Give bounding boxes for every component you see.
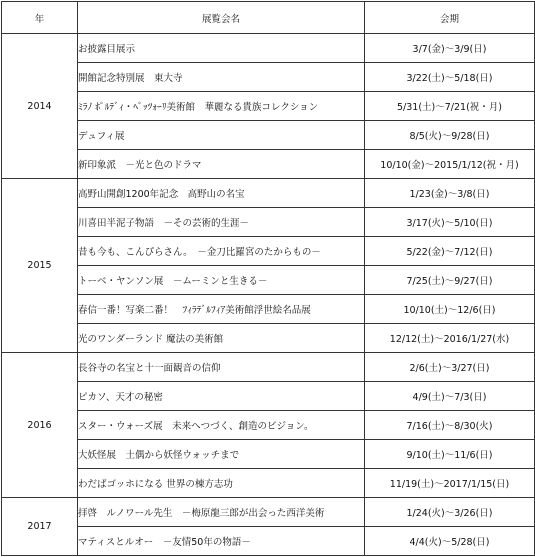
header-exhibition-name: 展覧会名 <box>78 2 365 34</box>
table-row: 大妖怪展 土偶から妖怪ウォッチまで 9/10(土)～11/6(日) <box>2 440 535 469</box>
exhibition-period: 5/31(土)～7/21(祝・月) <box>365 92 535 121</box>
exhibition-period: 3/17(火)～5/10(日) <box>365 208 535 237</box>
year-cell: 2015 <box>2 179 78 353</box>
table-row: 2017 拝啓 ルノワール先生 －梅原龍三郎が出会った西洋美術 1/24(火)～… <box>2 498 535 527</box>
table-row: スター・ウォーズ展 未来へつづく、創造のビジョン。 7/16(土)～8/30(火… <box>2 411 535 440</box>
exhibition-name: 昔も今も、こんぴらさん。 －金刀比羅宮のたからもの－ <box>78 237 365 266</box>
exhibition-name: ピカソ、天才の秘密 <box>78 382 365 411</box>
table-row: 新印象派 －光と色のドラマ 10/10(金)～2015/1/12(祝・月) <box>2 150 535 179</box>
exhibition-name: デュフィ展 <box>78 121 365 150</box>
exhibition-period: 9/10(土)～11/6(日) <box>365 440 535 469</box>
exhibition-period: 1/23(金)～3/8(日) <box>365 179 535 208</box>
exhibition-period: 7/16(土)～8/30(火) <box>365 411 535 440</box>
exhibition-name: お披露目展示 <box>78 34 365 63</box>
exhibition-name: スター・ウォーズ展 未来へつづく、創造のビジョン。 <box>78 411 365 440</box>
year-cell: 2016 <box>2 353 78 498</box>
year-cell: 2014 <box>2 34 78 179</box>
table-row: マティスとルオー －友情50年の物語－ 4/4(火)～5/28(日) <box>2 527 535 556</box>
exhibition-period: 3/22(土)～5/18(日) <box>365 63 535 92</box>
table-row: 春信一番！写楽二番！ ﾌｨﾗﾃﾞﾙﾌｨｱ美術館浮世絵名品展 10/10(土)～1… <box>2 295 535 324</box>
table-row: ﾐﾗﾉ ﾎﾟﾙﾃﾞｨ・ﾍﾟｯﾂｫｰﾘ美術館 華麗なる貴族コレクション 5/31(… <box>2 92 535 121</box>
table-row: トーベ・ヤンソン展 －ムーミンと生きる－ 7/25(土)～9/27(日) <box>2 266 535 295</box>
exhibition-table: 年 展覧会名 会期 2014 お披露目展示 3/7(金)～3/9(日) 開館記念… <box>1 1 535 556</box>
exhibition-period: 11/19(土)～2017/1/15(日) <box>365 469 535 498</box>
exhibition-period: 8/5(火)～9/28(日) <box>365 121 535 150</box>
exhibition-name: わだばゴッホになる 世界の棟方志功 <box>78 469 365 498</box>
exhibition-name: マティスとルオー －友情50年の物語－ <box>78 527 365 556</box>
exhibition-period: 4/4(火)～5/28(日) <box>365 527 535 556</box>
table-row: 川喜田半泥子物語 －その芸術的生涯－ 3/17(火)～5/10(日) <box>2 208 535 237</box>
exhibition-period: 5/22(金)～7/12(日) <box>365 237 535 266</box>
exhibition-name: 拝啓 ルノワール先生 －梅原龍三郎が出会った西洋美術 <box>78 498 365 527</box>
exhibition-name: 高野山開創1200年記念 高野山の名宝 <box>78 179 365 208</box>
exhibition-period: 3/7(金)～3/9(日) <box>365 34 535 63</box>
exhibition-name: ﾐﾗﾉ ﾎﾟﾙﾃﾞｨ・ﾍﾟｯﾂｫｰﾘ美術館 華麗なる貴族コレクション <box>78 92 365 121</box>
exhibition-name: 長谷寺の名宝と十一面観音の信仰 <box>78 353 365 382</box>
header-period: 会期 <box>365 2 535 34</box>
table-row: 2015 高野山開創1200年記念 高野山の名宝 1/23(金)～3/8(日) <box>2 179 535 208</box>
exhibition-period: 4/9(土)～7/3(日) <box>365 382 535 411</box>
exhibition-name: 新印象派 －光と色のドラマ <box>78 150 365 179</box>
header-row: 年 展覧会名 会期 <box>2 2 535 34</box>
exhibition-name: 川喜田半泥子物語 －その芸術的生涯－ <box>78 208 365 237</box>
header-year: 年 <box>2 2 78 34</box>
year-cell: 2017 <box>2 498 78 556</box>
exhibition-period: 10/10(金)～2015/1/12(祝・月) <box>365 150 535 179</box>
table-row: デュフィ展 8/5(火)～9/28(日) <box>2 121 535 150</box>
exhibition-period: 2/6(土)～3/27(日) <box>365 353 535 382</box>
exhibition-name: 大妖怪展 土偶から妖怪ウォッチまで <box>78 440 365 469</box>
exhibition-period: 1/24(火)～3/26(日) <box>365 498 535 527</box>
exhibition-name: 光のワンダーランド 魔法の美術館 <box>78 324 365 353</box>
exhibition-period: 7/25(土)～9/27(日) <box>365 266 535 295</box>
exhibition-period: 10/10(土)～12/6(日) <box>365 295 535 324</box>
exhibition-name: トーベ・ヤンソン展 －ムーミンと生きる－ <box>78 266 365 295</box>
table-row: 開館記念特別展 東大寺 3/22(土)～5/18(日) <box>2 63 535 92</box>
table-row: 2014 お披露目展示 3/7(金)～3/9(日) <box>2 34 535 63</box>
exhibition-name: 春信一番！写楽二番！ ﾌｨﾗﾃﾞﾙﾌｨｱ美術館浮世絵名品展 <box>78 295 365 324</box>
exhibition-period: 12/12(土)～2016/1/27(水) <box>365 324 535 353</box>
table-row: わだばゴッホになる 世界の棟方志功 11/19(土)～2017/1/15(日) <box>2 469 535 498</box>
table-row: ピカソ、天才の秘密 4/9(土)～7/3(日) <box>2 382 535 411</box>
table-row: 2016 長谷寺の名宝と十一面観音の信仰 2/6(土)～3/27(日) <box>2 353 535 382</box>
exhibition-name: 開館記念特別展 東大寺 <box>78 63 365 92</box>
table-row: 光のワンダーランド 魔法の美術館 12/12(土)～2016/1/27(水) <box>2 324 535 353</box>
table-row: 昔も今も、こんぴらさん。 －金刀比羅宮のたからもの－ 5/22(金)～7/12(… <box>2 237 535 266</box>
